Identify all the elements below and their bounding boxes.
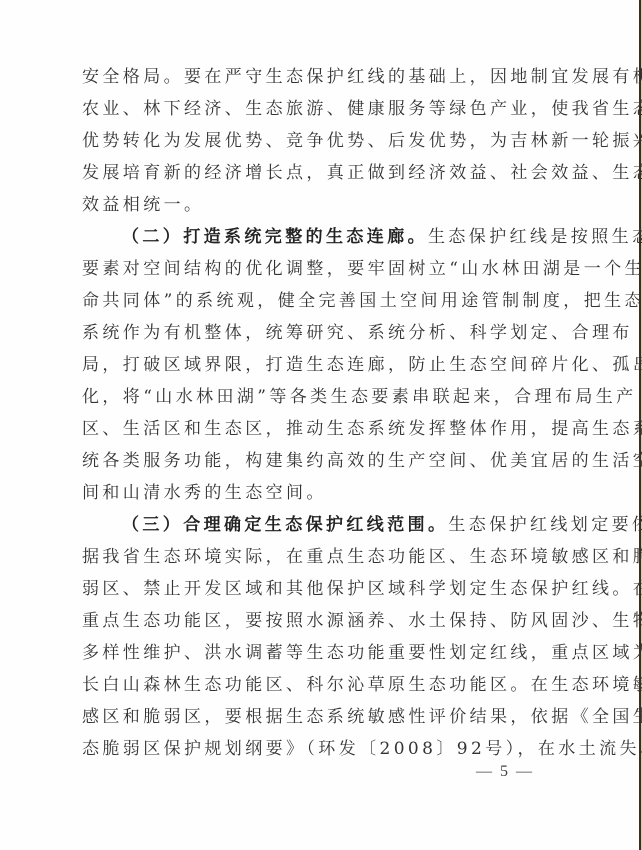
paragraph-2-first-line-text: 生态保护红线是按照生态	[428, 227, 642, 247]
paragraph-2-line-7: 区、生活区和生态区，推动生态系统发挥整体作用，提高生态系	[82, 413, 554, 445]
paragraph-1-line-3: 优势转化为发展优势、竞争优势、后发优势，为吉林新一轮振兴	[82, 125, 554, 157]
paragraph-1-line-5: 效益相统一。	[82, 189, 554, 221]
document-body: 安全格局。要在严守生态保护红线的基础上，因地制宜发展有机 农业、林下经济、生态旅…	[82, 61, 554, 765]
paragraph-3-first-line-text: 生态保护红线划定要依	[448, 515, 642, 535]
paragraph-3-line-8: 态脆弱区保护规划纲要》（环发〔2008〕92号），在水土流失、	[82, 733, 554, 765]
paragraph-2-line-9: 间和山清水秀的生态空间。	[82, 477, 554, 509]
paragraph-2-first-line: （二）打造系统完整的生态连廊。生态保护红线是按照生态	[82, 221, 554, 253]
paragraph-1-line-1: 安全格局。要在严守生态保护红线的基础上，因地制宜发展有机	[82, 61, 554, 93]
paragraph-2-line-4: 系统作为有机整体，统筹研究、系统分析、科学划定、合理布	[82, 317, 554, 349]
paragraph-1-line-2: 农业、林下经济、生态旅游、健康服务等绿色产业，使我省生态	[82, 93, 554, 125]
paragraph-3-first-line: （三）合理确定生态保护红线范围。生态保护红线划定要依	[82, 509, 554, 541]
paragraph-2-line-8: 统各类服务功能，构建集约高效的生产空间、优美宜居的生活空	[82, 445, 554, 477]
paragraph-3-line-6: 长白山森林生态功能区、科尔沁草原生态功能区。在生态环境敏	[82, 669, 554, 701]
paragraph-2-line-3: 命共同体”的系统观，健全完善国土空间用途管制制度，把生态	[82, 285, 554, 317]
paragraph-3-line-5: 多样性维护、洪水调蓄等生态功能重要性划定红线，重点区域为	[82, 637, 554, 669]
page-number: — 5 —	[476, 763, 534, 781]
section-heading-3: （三）合理确定生态保护红线范围。	[122, 515, 448, 535]
paragraph-2-line-6: 化，将“山水林田湖”等各类生态要素串联起来，合理布局生产	[82, 381, 554, 413]
paragraph-3-line-2: 据我省生态环境实际，在重点生态功能区、生态环境敏感区和脆	[82, 541, 554, 573]
paragraph-3-line-7: 感区和脆弱区，要根据生态系统敏感性评价结果，依据《全国生	[82, 701, 554, 733]
paragraph-3-line-4: 重点生态功能区，要按照水源涵养、水土保持、防风固沙、生物	[82, 605, 554, 637]
paragraph-3-line-3: 弱区、禁止开发区域和其他保护区域科学划定生态保护红线。在	[82, 573, 554, 605]
paragraph-1-line-4: 发展培育新的经济增长点，真正做到经济效益、社会效益、生态	[82, 157, 554, 189]
section-heading-2: （二）打造系统完整的生态连廊。	[122, 227, 428, 247]
paragraph-2-line-5: 局，打破区域界限，打造生态连廊，防止生态空间碎片化、孤岛	[82, 349, 554, 381]
document-page: 安全格局。要在严守生态保护红线的基础上，因地制宜发展有机 农业、林下经济、生态旅…	[0, 0, 642, 850]
paragraph-2-line-2: 要素对空间结构的优化调整，要牢固树立“山水林田湖是一个生	[82, 253, 554, 285]
